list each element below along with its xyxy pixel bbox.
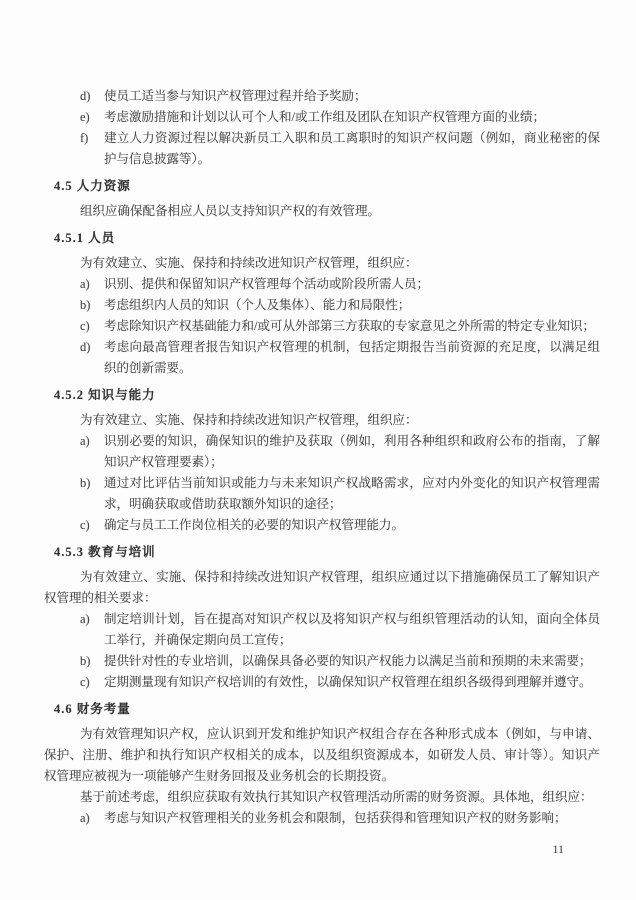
- list-item: b)提供针对性的专业培训，以确保具备必要的知识产权能力以满足当前和预期的未来需要…: [44, 651, 600, 672]
- list-item: f)建立人力资源过程以解决新员工入职和员工离职时的知识产权问题（例如，商业秘密的…: [44, 128, 600, 170]
- list-item-text: 考虑组织内人员的知识（个人及集体）、能力和局限性；: [104, 295, 600, 316]
- list-item-label: a): [80, 808, 104, 829]
- list-item-label: a): [80, 431, 104, 473]
- list-item-label: d): [80, 86, 104, 107]
- list-item-text: 定期测量现有知识产权培训的有效性，以确保知识产权管理在组织各级得到理解并遵守。: [104, 672, 600, 693]
- paragraph: 为有效建立、实施、保持和持续改进知识产权管理，组织应通过以下措施确保员工了解知识…: [44, 567, 600, 609]
- list-item-label: d): [80, 337, 104, 379]
- list-item-text: 通过对比评估当前知识或能力与未来知识产权战略需求，应对内外变化的知识产权管理需求…: [104, 473, 600, 515]
- page-number: 11: [552, 842, 564, 857]
- document-page: d)使员工适当参与知识产权管理过程并给予奖励；e)考虑激励措施和计划以认可个人和…: [0, 0, 636, 900]
- paragraph: 为有效建立、实施、保持和持续改进知识产权管理，组织应：: [44, 410, 600, 431]
- list-item-text: 考虑向最高管理者报告知识产权管理的机制，包括定期报告当前资源的充足度，以满足组织…: [104, 337, 600, 379]
- section-heading: 4.5 人力资源: [54, 176, 600, 197]
- list-item-label: a): [80, 609, 104, 651]
- paragraph: 为有效建立、实施、保持和持续改进知识产权管理，组织应：: [44, 253, 600, 274]
- list-item: d)考虑向最高管理者报告知识产权管理的机制，包括定期报告当前资源的充足度，以满足…: [44, 337, 600, 379]
- list-item-text: 确定与员工工作岗位相关的必要的知识产权管理能力。: [104, 515, 600, 536]
- list-item-text: 考虑除知识产权基础能力和/或可从外部第三方获取的专家意见之外所需的特定专业知识；: [104, 316, 600, 337]
- paragraph: 组织应确保配备相应人员以支持知识产权的有效管理。: [44, 201, 600, 222]
- list-item: b)考虑组织内人员的知识（个人及集体）、能力和局限性；: [44, 295, 600, 316]
- list-item-label: a): [80, 274, 104, 295]
- lettered-list: a)考虑与知识产权管理相关的业务机会和限制，包括获得和管理知识产权的财务影响；: [44, 808, 600, 829]
- list-item-text: 考虑激励措施和计划以认可个人和/或工作组及团队在知识产权管理方面的业绩；: [104, 107, 600, 128]
- list-item-label: c): [80, 672, 104, 693]
- section-heading: 4.6 财务考量: [54, 699, 600, 720]
- list-item: a)识别、提供和保留知识产权管理每个活动或阶段所需人员；: [44, 274, 600, 295]
- list-item-text: 考虑与知识产权管理相关的业务机会和限制，包括获得和管理知识产权的财务影响；: [104, 808, 600, 829]
- list-item-label: b): [80, 473, 104, 515]
- list-item-text: 制定培训计划，旨在提高对知识产权以及将知识产权与组织管理活动的认知，面向全体员工…: [104, 609, 600, 651]
- section-heading: 4.5.2 知识与能力: [54, 385, 600, 406]
- list-item-text: 识别必要的知识，确保知识的维护及获取（例如，利用各种组织和政府公布的指南，了解知…: [104, 431, 600, 473]
- lettered-list: a)制定培训计划，旨在提高对知识产权以及将知识产权与组织管理活动的认知，面向全体…: [44, 609, 600, 693]
- list-item-text: 识别、提供和保留知识产权管理每个活动或阶段所需人员；: [104, 274, 600, 295]
- list-item-label: b): [80, 295, 104, 316]
- paragraph: 为有效管理知识产权，应认识到开发和维护知识产权组合存在各种形式成本（例如，与申请…: [44, 724, 600, 787]
- lettered-list: d)使员工适当参与知识产权管理过程并给予奖励；e)考虑激励措施和计划以认可个人和…: [44, 86, 600, 170]
- lettered-list: a)识别、提供和保留知识产权管理每个活动或阶段所需人员；b)考虑组织内人员的知识…: [44, 274, 600, 379]
- lettered-list: a)识别必要的知识，确保知识的维护及获取（例如，利用各种组织和政府公布的指南，了…: [44, 431, 600, 536]
- list-item: e)考虑激励措施和计划以认可个人和/或工作组及团队在知识产权管理方面的业绩；: [44, 107, 600, 128]
- list-item: a)制定培训计划，旨在提高对知识产权以及将知识产权与组织管理活动的认知，面向全体…: [44, 609, 600, 651]
- section-heading: 4.5.3 教育与培训: [54, 542, 600, 563]
- list-item-text: 使员工适当参与知识产权管理过程并给予奖励；: [104, 86, 600, 107]
- list-item: c)考虑除知识产权基础能力和/或可从外部第三方获取的专家意见之外所需的特定专业知…: [44, 316, 600, 337]
- list-item-label: b): [80, 651, 104, 672]
- list-item: b)通过对比评估当前知识或能力与未来知识产权战略需求，应对内外变化的知识产权管理…: [44, 473, 600, 515]
- list-item: a)识别必要的知识，确保知识的维护及获取（例如，利用各种组织和政府公布的指南，了…: [44, 431, 600, 473]
- list-item: a)考虑与知识产权管理相关的业务机会和限制，包括获得和管理知识产权的财务影响；: [44, 808, 600, 829]
- list-item-label: f): [80, 128, 104, 170]
- list-item-text: 建立人力资源过程以解决新员工入职和员工离职时的知识产权问题（例如，商业秘密的保护…: [104, 128, 600, 170]
- document-content: d)使员工适当参与知识产权管理过程并给予奖励；e)考虑激励措施和计划以认可个人和…: [44, 86, 600, 829]
- list-item: d)使员工适当参与知识产权管理过程并给予奖励；: [44, 86, 600, 107]
- list-item-label: c): [80, 316, 104, 337]
- list-item: c)定期测量现有知识产权培训的有效性，以确保知识产权管理在组织各级得到理解并遵守…: [44, 672, 600, 693]
- list-item: c)确定与员工工作岗位相关的必要的知识产权管理能力。: [44, 515, 600, 536]
- list-item-label: c): [80, 515, 104, 536]
- list-item-text: 提供针对性的专业培训，以确保具备必要的知识产权能力以满足当前和预期的未来需要；: [104, 651, 600, 672]
- list-item-label: e): [80, 107, 104, 128]
- paragraph: 基于前述考虑，组织应获取有效执行其知识产权管理活动所需的财务资源。具体地，组织应…: [44, 787, 600, 808]
- section-heading: 4.5.1 人员: [54, 228, 600, 249]
